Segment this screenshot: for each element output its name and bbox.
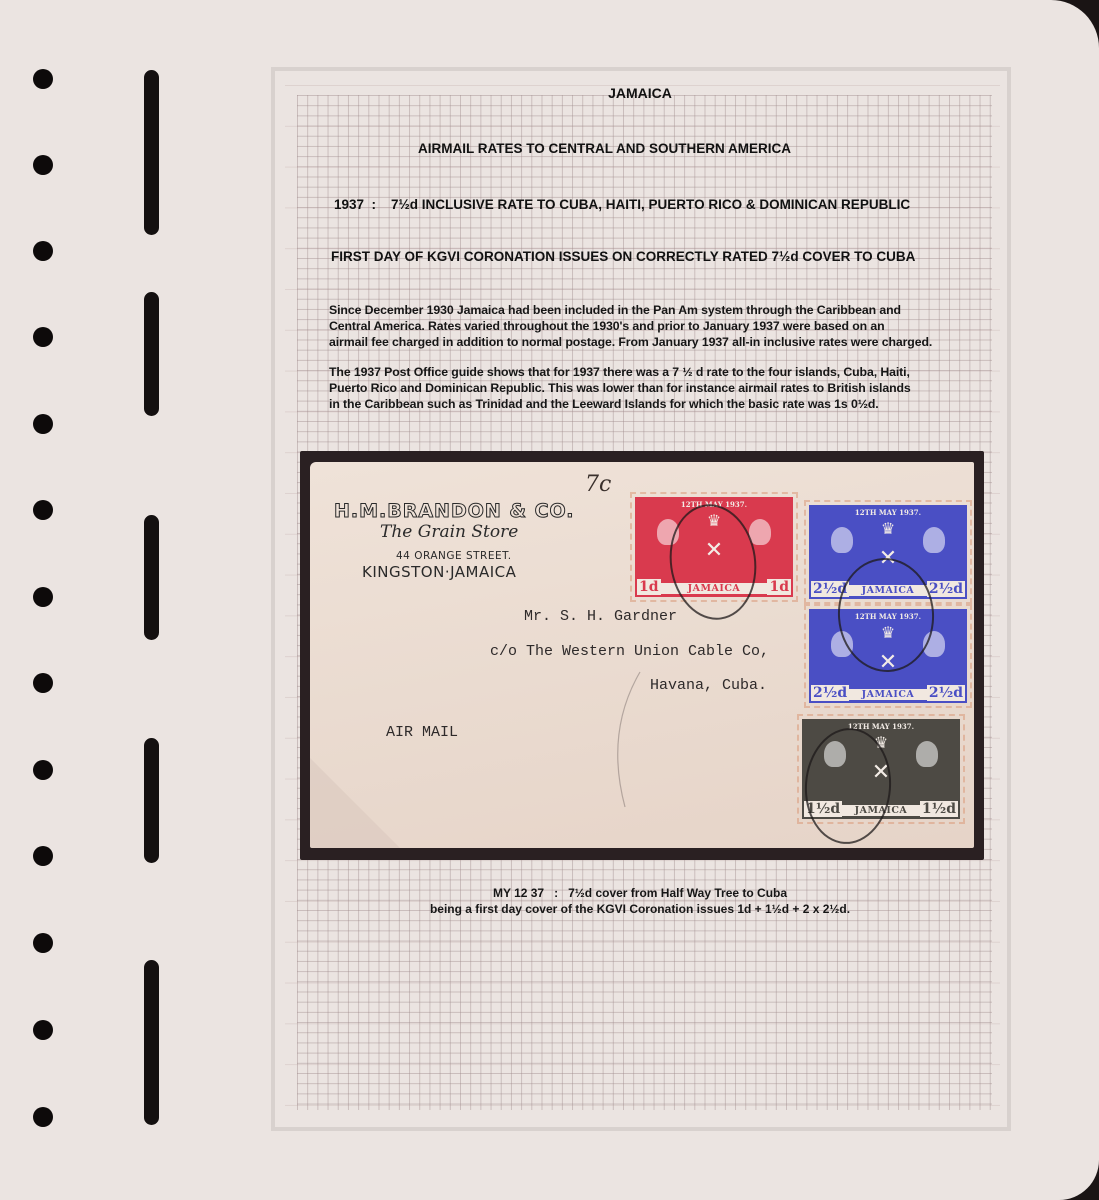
rate-heading: 1937 : 7½d INCLUSIVE RATE TO CUBA, HAITI… bbox=[334, 197, 910, 212]
queen-portrait-icon bbox=[831, 527, 853, 553]
sender-tagline: The Grain Store bbox=[380, 522, 518, 542]
binder-hole bbox=[33, 414, 53, 434]
address-line-1: Mr. S. H. Gardner bbox=[524, 608, 677, 625]
sender-street: 44 ORANGE STREET. bbox=[396, 550, 512, 562]
caption-line: MY 12 37 : 7½d cover from Half Way Tree … bbox=[380, 885, 900, 901]
binder-hole bbox=[33, 933, 53, 953]
stamp-value: 1d bbox=[767, 579, 791, 595]
binder-hole bbox=[33, 241, 53, 261]
binder-slot bbox=[144, 70, 159, 235]
binder-slot bbox=[144, 292, 159, 416]
stamp-value: 2½d bbox=[927, 581, 965, 597]
binder-hole bbox=[33, 327, 53, 347]
binder-hole bbox=[33, 1020, 53, 1040]
subtitle-heading: FIRST DAY OF KGVI CORONATION ISSUES ON C… bbox=[331, 249, 915, 264]
cover-caption: MY 12 37 : 7½d cover from Half Way Tree … bbox=[380, 885, 900, 917]
airmail-cover: H.M.BRANDON & CO. The Grain Store 44 ORA… bbox=[310, 462, 974, 848]
binder-hole bbox=[33, 846, 53, 866]
binder-hole bbox=[33, 587, 53, 607]
paragraph-line: airmail fee charged in addition to norma… bbox=[329, 334, 989, 350]
paragraph-line: The 1937 Post Office guide shows that fo… bbox=[329, 364, 989, 380]
paragraph-line: in the Caribbean such as Trinidad and th… bbox=[329, 396, 989, 412]
address-line-3: Havana, Cuba. bbox=[650, 677, 767, 694]
binder-hole bbox=[33, 1107, 53, 1127]
king-portrait-icon bbox=[923, 527, 945, 553]
binder-hole bbox=[33, 500, 53, 520]
sender-city: KINGSTON·JAMAICA bbox=[362, 563, 516, 581]
caption-line: being a first day cover of the KGVI Coro… bbox=[380, 901, 900, 917]
paragraph-line: Puerto Rico and Dominican Republic. This… bbox=[329, 380, 989, 396]
stamp-value: 2½d bbox=[927, 685, 965, 701]
intro-paragraph: Since December 1930 Jamaica had been inc… bbox=[329, 302, 989, 350]
binder-slot bbox=[144, 960, 159, 1125]
address-line-2: c/o The Western Union Cable Co, bbox=[490, 643, 769, 660]
envelope-flap bbox=[310, 758, 400, 848]
binder-hole bbox=[33, 155, 53, 175]
airmail-label: AIR MAIL bbox=[386, 724, 458, 741]
binder-hole bbox=[33, 760, 53, 780]
pencil-note: 7c bbox=[585, 472, 611, 497]
sender-name: H.M.BRANDON & CO. bbox=[334, 500, 574, 522]
stamp-value: 1d bbox=[637, 579, 661, 595]
binder-hole bbox=[33, 673, 53, 693]
crown-icon: ♛ bbox=[881, 519, 895, 539]
country-heading: JAMAICA bbox=[540, 85, 740, 101]
binder-slot bbox=[144, 515, 159, 640]
guide-paragraph: The 1937 Post Office guide shows that fo… bbox=[329, 364, 989, 412]
paragraph-line: Central America. Rates varied throughout… bbox=[329, 318, 989, 334]
page-title: AIRMAIL RATES TO CENTRAL AND SOUTHERN AM… bbox=[330, 141, 950, 156]
stamp-date: 12TH MAY 1937. bbox=[802, 722, 960, 731]
stamp-value: 2½d bbox=[811, 685, 849, 701]
stamp-value: 1½d bbox=[920, 801, 958, 817]
album-page: JAMAICA AIRMAIL RATES TO CENTRAL AND SOU… bbox=[0, 0, 1099, 1200]
binder-slot bbox=[144, 738, 159, 863]
pencil-marks bbox=[600, 662, 660, 812]
stamp-date: 12TH MAY 1937. bbox=[809, 508, 967, 517]
paragraph-line: Since December 1930 Jamaica had been inc… bbox=[329, 302, 989, 318]
king-portrait-icon bbox=[916, 741, 938, 767]
binder-hole bbox=[33, 69, 53, 89]
